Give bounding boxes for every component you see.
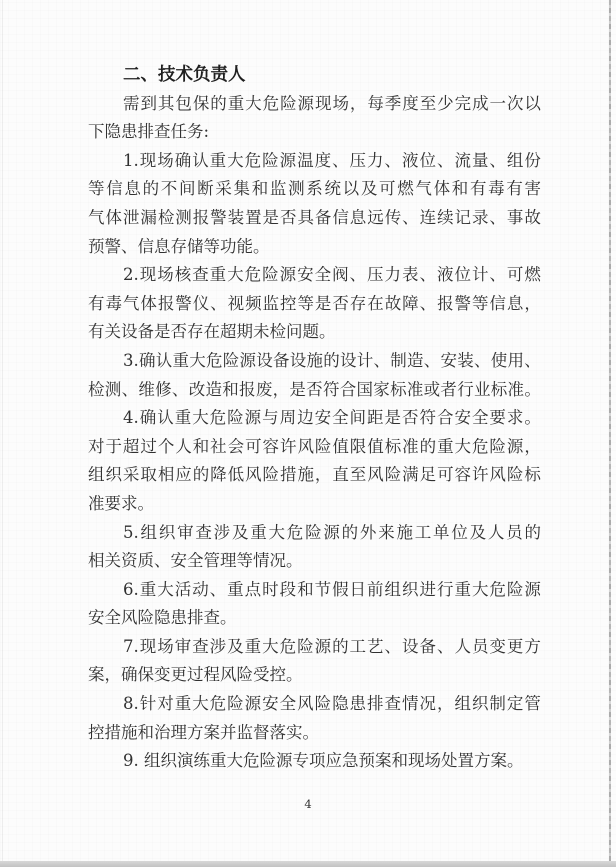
- glyph: 措: [280, 461, 297, 490]
- scan-edge-left: [2, 0, 3, 867]
- glyph: 和: [252, 175, 269, 204]
- glyph: 的: [143, 175, 160, 204]
- glyph: 的: [420, 433, 437, 462]
- glyph: 警: [175, 290, 192, 319]
- text-line: 检测、维修、改造和报废，是否符合国家标准或者行业标准。: [88, 376, 541, 405]
- glyph: 装: [228, 204, 245, 233]
- glyph: 监: [263, 290, 280, 319]
- glyph: 测: [175, 204, 192, 233]
- glyph: 度: [402, 90, 419, 119]
- glyph: 在: [367, 290, 384, 319]
- glyph: 方: [524, 633, 541, 662]
- glyph: 定: [507, 690, 524, 719]
- glyph: 个: [158, 433, 175, 462]
- glyph: 温: [297, 147, 314, 176]
- glyph: 以: [343, 175, 360, 204]
- glyph: 的: [323, 347, 340, 376]
- section-heading: 二、技术负责人: [88, 61, 541, 90]
- glyph: 段: [280, 576, 297, 605]
- glyph: 确: [140, 404, 157, 433]
- glyph: 者: [440, 376, 457, 405]
- glyph: 、: [210, 290, 227, 319]
- glyph: 风: [245, 461, 262, 490]
- glyph: 否: [280, 204, 297, 233]
- glyph: 准: [407, 376, 424, 405]
- glyph: 相: [158, 461, 175, 490]
- glyph: 5.: [123, 519, 139, 548]
- glyph: 单: [433, 519, 450, 548]
- glyph: 要: [489, 404, 506, 433]
- glyph: 险: [227, 690, 244, 719]
- glyph: 现: [140, 147, 157, 176]
- glyph: 。: [524, 404, 541, 433]
- glyph: 、: [489, 147, 506, 176]
- glyph: 全: [315, 261, 332, 290]
- glyph: 涉: [214, 519, 231, 548]
- glyph: 设: [402, 633, 419, 662]
- glyph: 废: [256, 376, 273, 405]
- text-line: 组织采取相应的降低风险措施，直至风险满足可容许风险标: [88, 461, 541, 490]
- glyph: 装: [457, 347, 474, 376]
- glyph: 仪: [193, 290, 210, 319]
- glyph: 息: [507, 290, 524, 319]
- glyph: 份: [524, 147, 541, 176]
- glyph: 许: [280, 433, 297, 462]
- glyph: 重: [454, 576, 471, 605]
- glyph: 大: [189, 347, 206, 376]
- glyph: 报: [158, 290, 175, 319]
- glyph: 障: [402, 290, 419, 319]
- glyph: 6.: [123, 576, 139, 605]
- glyph: 查: [385, 690, 402, 719]
- glyph: 进: [419, 576, 436, 605]
- glyph: 信: [106, 175, 123, 204]
- glyph: 其: [158, 90, 175, 119]
- glyph: 燃: [524, 261, 541, 290]
- glyph: 传: [385, 204, 402, 233]
- glyph: 全: [472, 404, 489, 433]
- glyph: 、: [210, 576, 227, 605]
- glyph: 值: [332, 433, 349, 462]
- glyph: 到: [140, 90, 157, 119]
- glyph: 点: [245, 576, 262, 605]
- glyph: 施: [396, 519, 413, 548]
- glyph: 备: [419, 633, 436, 662]
- scanned-document-page: 二、技术负责人 需到其包保的重大危险源现场，每季度至少完成一次以下隐患排查任务:…: [0, 0, 616, 867]
- glyph: ，: [350, 90, 367, 119]
- glyph: 以: [524, 90, 541, 119]
- glyph: 准: [402, 433, 419, 462]
- glyph: 事: [507, 204, 524, 233]
- glyph: 场: [157, 147, 174, 176]
- glyph: 活: [175, 576, 192, 605]
- glyph: 合: [437, 404, 454, 433]
- glyph: 系: [306, 175, 323, 204]
- glyph: 至: [420, 90, 437, 119]
- glyph: 标: [524, 461, 541, 490]
- glyph: 险: [280, 90, 297, 119]
- glyph: 设: [290, 347, 307, 376]
- glyph: 针: [140, 690, 157, 719]
- glyph: 少: [437, 90, 454, 119]
- glyph: 、: [524, 347, 541, 376]
- glyph: 连: [420, 204, 437, 233]
- scan-edge-bottom: [0, 861, 616, 867]
- glyph: 险: [507, 461, 524, 490]
- glyph: 源: [245, 404, 262, 433]
- glyph: 险: [385, 461, 402, 490]
- glyph: 大: [192, 404, 209, 433]
- glyph: 是: [315, 290, 332, 319]
- glyph: 源: [298, 90, 315, 119]
- glyph: 阀: [332, 261, 349, 290]
- text-line: 6. 重大活动、重点时段和节假日前组织进行重大危险源: [88, 576, 541, 605]
- glyph: 应: [175, 461, 192, 490]
- glyph: 害: [525, 175, 542, 204]
- glyph: 织: [472, 690, 489, 719]
- glyph: 制: [489, 690, 506, 719]
- glyph: 的: [332, 633, 349, 662]
- glyph: 统: [324, 175, 341, 204]
- glyph: 录: [472, 204, 489, 233]
- glyph: 力: [367, 147, 384, 176]
- glyph: 、: [122, 376, 139, 405]
- glyph: 日: [350, 576, 367, 605]
- glyph: 周: [280, 404, 297, 433]
- glyph: 量: [472, 147, 489, 176]
- glyph: 险: [223, 347, 240, 376]
- glyph: 源: [524, 576, 541, 605]
- glyph: 标: [491, 376, 508, 405]
- glyph: 3.: [123, 347, 139, 376]
- glyph: 求: [507, 404, 524, 433]
- glyph: 位: [419, 147, 436, 176]
- text-line: 需到其包保的重大危险源现场，每季度至少完成一次以: [88, 90, 541, 119]
- glyph: 备: [315, 204, 332, 233]
- paragraph-lines: 需到其包保的重大危险源现场，每季度至少完成一次以下隐患排查任务:1. 现场确认重…: [88, 90, 541, 776]
- glyph: 重: [210, 261, 227, 290]
- glyph: 涉: [210, 633, 227, 662]
- glyph: 合: [340, 376, 357, 405]
- glyph: 否: [332, 290, 349, 319]
- glyph: 假: [332, 576, 349, 605]
- glyph: 体: [140, 290, 157, 319]
- glyph: 重: [173, 347, 190, 376]
- glyph: 控: [280, 290, 297, 319]
- glyph: 等: [88, 175, 105, 204]
- glyph: 大: [269, 519, 286, 548]
- glyph: 组: [454, 690, 471, 719]
- glyph: 信: [332, 204, 349, 233]
- glyph: 场: [157, 633, 174, 662]
- glyph: 隐: [332, 690, 349, 719]
- page-number: 4: [0, 797, 616, 811]
- glyph: 需: [123, 90, 140, 119]
- glyph: 等: [297, 290, 314, 319]
- glyph: 人: [175, 433, 192, 462]
- glyph: 次: [507, 90, 524, 119]
- glyph: 及: [232, 519, 249, 548]
- glyph: 重: [250, 519, 267, 548]
- glyph: 记: [455, 204, 472, 233]
- glyph: 人: [488, 519, 505, 548]
- glyph: 员: [506, 519, 523, 548]
- glyph: 或: [424, 376, 441, 405]
- glyph: 现: [140, 261, 157, 290]
- glyph: 变: [489, 633, 506, 662]
- text-line: 安全风险隐患排查。: [88, 604, 541, 633]
- glyph: 、: [437, 633, 454, 662]
- glyph: 不: [161, 175, 178, 204]
- glyph: 源: [315, 633, 332, 662]
- glyph: 降: [210, 461, 227, 490]
- glyph: 会: [228, 433, 245, 462]
- text-line: 4. 确认重大危险源与周边安全间距是否符合安全要求。: [88, 404, 541, 433]
- glyph: 故: [524, 204, 541, 233]
- text-line: 5. 组织审查涉及重大危险源的外来施工单位及人员的: [88, 519, 541, 548]
- glyph: 外: [360, 519, 377, 548]
- glyph: 危: [245, 261, 262, 290]
- glyph: 全: [332, 404, 349, 433]
- glyph: 认: [157, 404, 174, 433]
- glyph: 力: [385, 261, 402, 290]
- glyph: 视: [228, 290, 245, 319]
- glyph: 源: [507, 433, 524, 462]
- glyph: 造: [205, 376, 222, 405]
- glyph: 情: [402, 690, 419, 719]
- glyph: 位: [454, 261, 471, 290]
- glyph: ，: [273, 376, 290, 405]
- glyph: 标: [390, 376, 407, 405]
- glyph: 险: [263, 461, 280, 490]
- glyph: 危: [210, 404, 227, 433]
- glyph: 体: [434, 175, 451, 204]
- glyph: 场: [332, 90, 349, 119]
- glyph: 季: [385, 90, 402, 119]
- glyph: 对: [157, 690, 174, 719]
- glyph: 限: [350, 433, 367, 462]
- glyph: 是: [263, 204, 280, 233]
- glyph: 和: [297, 576, 314, 605]
- glyph: 警: [210, 204, 227, 233]
- glyph: 一: [490, 90, 507, 119]
- glyph: 组: [141, 519, 158, 548]
- glyph: 源: [280, 147, 297, 176]
- glyph: 、: [332, 147, 349, 176]
- glyph: 、: [419, 261, 436, 290]
- glyph: 否: [306, 376, 323, 405]
- glyph: 设: [340, 347, 357, 376]
- glyph: 确: [139, 347, 156, 376]
- glyph: 保: [193, 90, 210, 119]
- glyph: 施: [297, 461, 314, 490]
- glyph: 审: [177, 519, 194, 548]
- glyph: 息: [124, 175, 141, 204]
- glyph: 准: [508, 376, 525, 405]
- glyph: 危: [280, 633, 297, 662]
- glyph: 源: [245, 690, 262, 719]
- glyph: 远: [367, 204, 384, 233]
- glyph: 重: [437, 433, 454, 462]
- glyph: 备: [273, 347, 290, 376]
- glyph: 至: [350, 461, 367, 490]
- glyph: 对: [88, 433, 105, 462]
- glyph: 报: [193, 204, 210, 233]
- glyph: 险: [507, 576, 524, 605]
- glyph: 是: [289, 376, 306, 405]
- glyph: 完: [455, 90, 472, 119]
- glyph: 场: [157, 261, 174, 290]
- glyph: 边: [297, 404, 314, 433]
- glyph: 重: [175, 690, 192, 719]
- glyph: 危: [287, 519, 304, 548]
- glyph: 符: [419, 404, 436, 433]
- glyph: 源: [240, 347, 257, 376]
- glyph: 国: [357, 376, 374, 405]
- glyph: 容: [455, 461, 472, 490]
- glyph: 低: [228, 461, 245, 490]
- glyph: 可: [507, 261, 524, 290]
- glyph: ，: [437, 690, 454, 719]
- text-line: 相关资质、安全管理等情况。: [88, 547, 541, 576]
- glyph: 安: [297, 261, 314, 290]
- glyph: 监: [270, 175, 287, 204]
- glyph: 及: [361, 175, 378, 204]
- glyph: 等: [472, 290, 489, 319]
- glyph: 1.: [123, 147, 139, 176]
- glyph: 造: [407, 347, 424, 376]
- glyph: 7.: [123, 633, 139, 662]
- glyph: 位: [451, 519, 468, 548]
- glyph: 织: [159, 519, 176, 548]
- glyph: 、: [385, 147, 402, 176]
- glyph: 、: [474, 347, 491, 376]
- glyph: 液: [402, 147, 419, 176]
- glyph: 与: [262, 404, 279, 433]
- glyph: 人: [454, 633, 471, 662]
- glyph: 、: [489, 204, 506, 233]
- glyph: 危: [489, 576, 506, 605]
- glyph: 4.: [123, 404, 139, 433]
- glyph: ，: [524, 433, 541, 462]
- glyph: 重: [227, 576, 244, 605]
- glyph: 满: [402, 461, 419, 490]
- glyph: 社: [210, 433, 227, 462]
- glyph: 大: [227, 261, 244, 290]
- text-line: 控措施和治理方案并监督落实。: [88, 719, 541, 748]
- glyph: 8.: [123, 690, 139, 719]
- glyph: 体: [105, 204, 122, 233]
- glyph: 查: [192, 633, 209, 662]
- glyph: 患: [350, 690, 367, 719]
- glyph: 、: [350, 261, 367, 290]
- text-line: 预警、信息存储等功能。: [88, 233, 541, 262]
- glyph: 流: [454, 147, 471, 176]
- text-line: 下隐患排查任务:: [88, 118, 541, 147]
- glyph: 频: [245, 290, 262, 319]
- glyph: 存: [350, 290, 367, 319]
- glyph: 检: [158, 204, 175, 233]
- glyph: 施: [307, 347, 324, 376]
- glyph: 检: [88, 376, 105, 405]
- glyph: 有: [470, 175, 487, 204]
- glyph: 危: [206, 347, 223, 376]
- glyph: 符: [323, 376, 340, 405]
- text-line: 7. 现场审查涉及重大危险源的工艺、设备、人员变更方: [88, 633, 541, 662]
- glyph: 风: [489, 461, 506, 490]
- glyph: 许: [472, 461, 489, 490]
- glyph: 。: [524, 376, 541, 405]
- glyph: 毒: [488, 175, 505, 204]
- glyph: 重: [140, 576, 157, 605]
- glyph: 报: [239, 376, 256, 405]
- glyph: 更: [507, 633, 524, 662]
- glyph: 、: [172, 376, 189, 405]
- glyph: 排: [367, 690, 384, 719]
- glyph: 断: [197, 175, 214, 204]
- glyph: 包: [175, 90, 192, 119]
- glyph: 的: [210, 90, 227, 119]
- glyph: 气: [88, 204, 105, 233]
- glyph: 测: [105, 376, 122, 405]
- glyph: 采: [215, 175, 232, 204]
- glyph: 源: [280, 261, 297, 290]
- glyph: 工: [415, 519, 432, 548]
- glyph: 测: [288, 175, 305, 204]
- text-line: 案，确保变更过程风险受控。: [88, 661, 541, 690]
- text-line: 有毒气体报警仪、视频监控等是否存在故障、报警等信息，: [88, 290, 541, 319]
- glyph: 来: [378, 519, 395, 548]
- glyph: 可: [245, 433, 262, 462]
- glyph: 组: [385, 576, 402, 605]
- glyph: 、: [420, 290, 437, 319]
- glyph: 险: [262, 261, 279, 290]
- glyph: 认: [192, 147, 209, 176]
- glyph: 表: [402, 261, 419, 290]
- glyph: 查: [195, 519, 212, 548]
- glyph: 、: [374, 347, 391, 376]
- glyph: 足: [420, 461, 437, 490]
- glyph: 危: [472, 433, 489, 462]
- glyph: 的: [524, 519, 541, 548]
- glyph: 每: [367, 90, 384, 119]
- glyph: 制: [390, 347, 407, 376]
- glyph: 审: [175, 633, 192, 662]
- glyph: 、: [385, 633, 402, 662]
- glyph: 距: [367, 404, 384, 433]
- glyph: 有: [506, 175, 523, 204]
- glyph: 取: [140, 461, 157, 490]
- glyph: 的: [193, 461, 210, 490]
- text-line: 等信息的不间断采集和监测系统以及可燃气体和有毒有害: [88, 175, 541, 204]
- text-line: 8. 针对重大危险源安全风险隐患排查情况，组织制定管: [88, 690, 541, 719]
- glyph: 计: [357, 347, 374, 376]
- glyph: ，: [524, 290, 541, 319]
- glyph: ，: [315, 461, 332, 490]
- scan-edge-right: [609, 0, 611, 867]
- glyph: 、: [402, 204, 419, 233]
- glyph: 危: [245, 147, 262, 176]
- glyph: 警: [455, 290, 472, 319]
- glyph: 气: [415, 175, 432, 204]
- glyph: 大: [157, 576, 174, 605]
- glyph: 燃: [397, 175, 414, 204]
- glyph: 重: [210, 147, 227, 176]
- glyph: 、: [424, 347, 441, 376]
- text-line: 有关设备是否存在超期未检问题。: [88, 318, 541, 347]
- glyph: 采: [123, 461, 140, 490]
- glyph: 间: [350, 404, 367, 433]
